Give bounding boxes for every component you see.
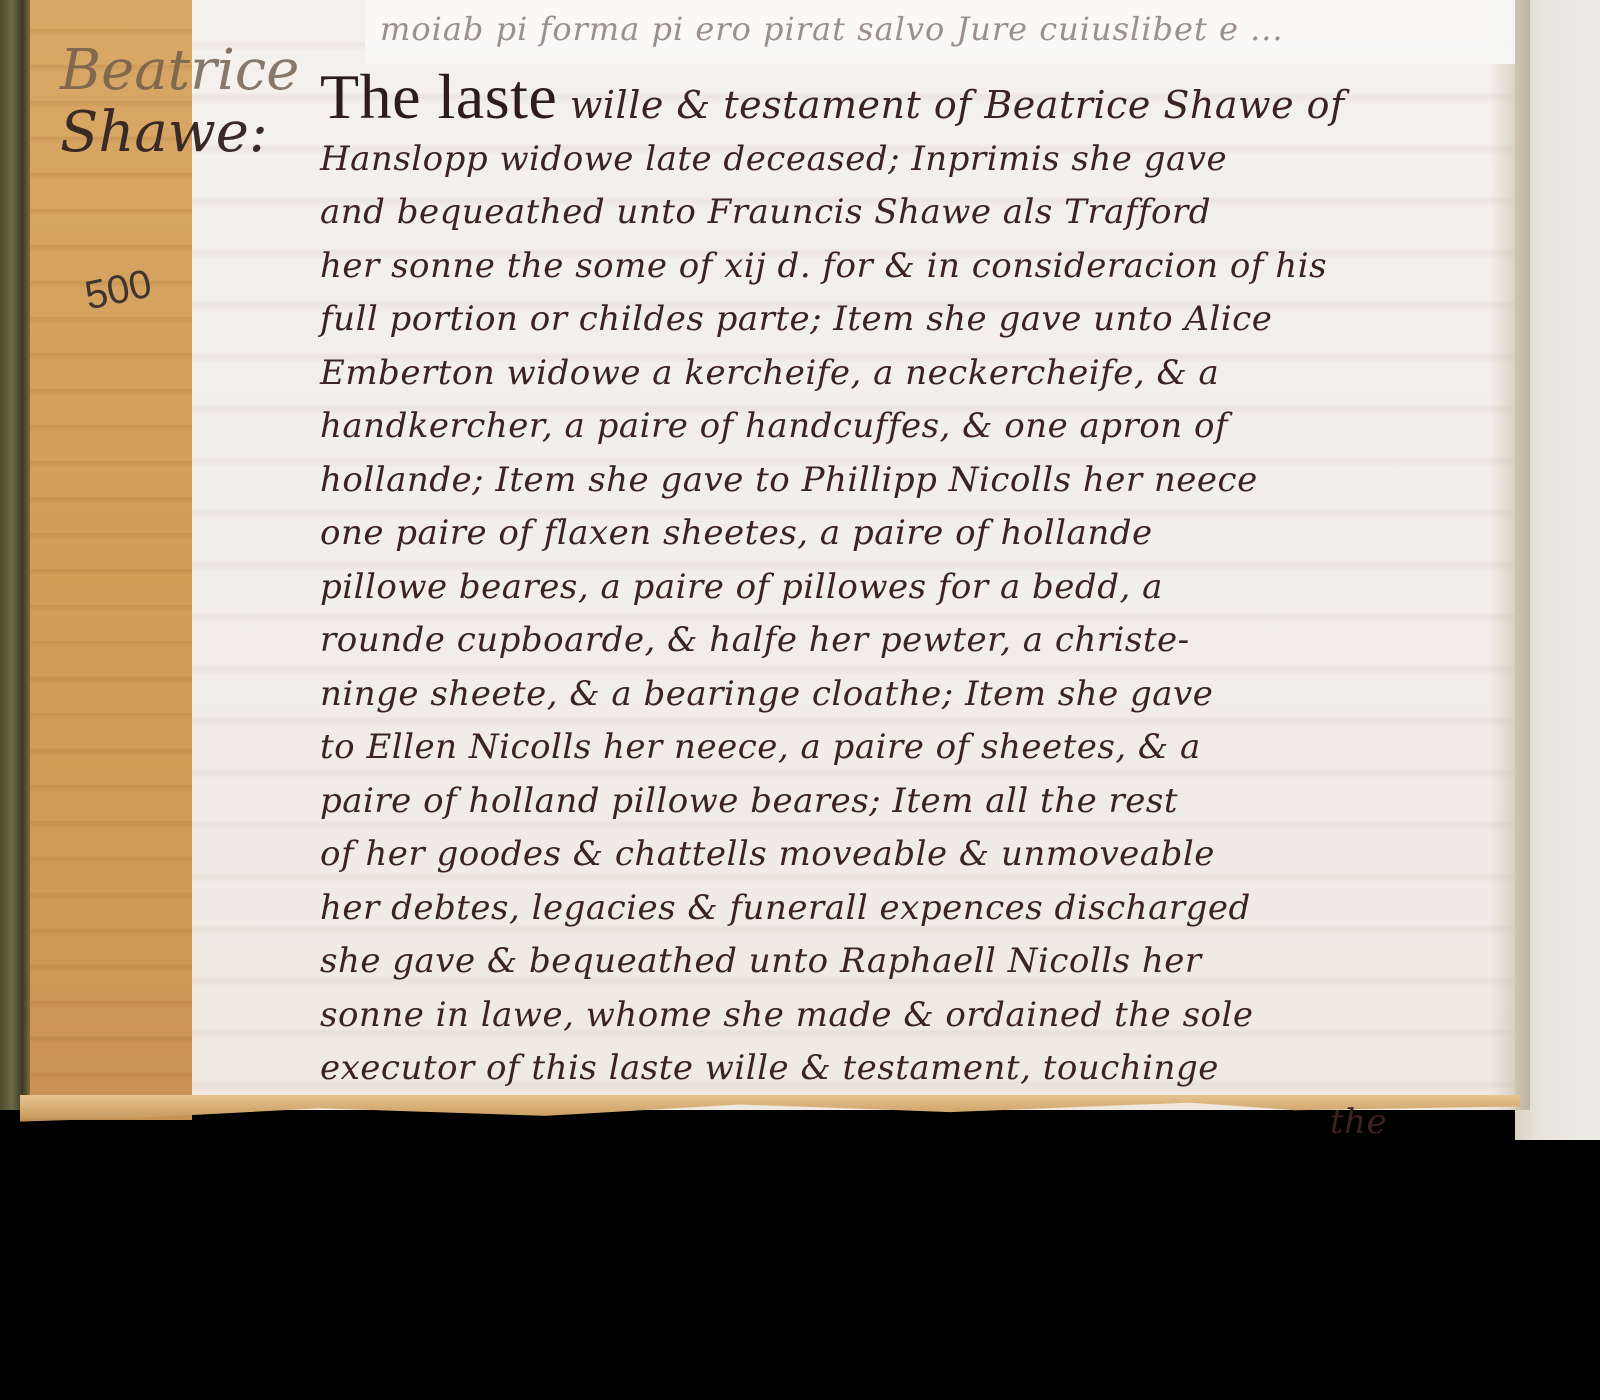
marginal-heading-line1: Beatrice: [60, 40, 299, 102]
text-line: her debtes, legacies & funerall expences…: [320, 882, 1500, 936]
text-line: to Ellen Nicolls her neece, a paire of s…: [320, 721, 1500, 775]
catchword: the: [320, 1096, 1500, 1141]
marginal-heading-line2: Shawe:: [60, 102, 299, 164]
text-line: Emberton widowe a kercheife, a neckerche…: [320, 347, 1500, 401]
will-text: The laste wille & testament of Beatrice …: [320, 70, 1500, 1140]
text-line-content: wille & testament of Beatrice Shawe of: [570, 83, 1345, 127]
top-faded-line: moiab pi forma pi ero pirat salvo Jure c…: [380, 10, 1284, 48]
text-line: executor of this laste wille & testament…: [320, 1042, 1500, 1096]
marginal-heading: Beatrice Shawe:: [60, 40, 299, 164]
text-line: The laste wille & testament of Beatrice …: [320, 70, 1500, 133]
text-line: paire of holland pillowe beares; Item al…: [320, 775, 1500, 829]
text-line: Hanslopp widowe late deceased; Inprimis …: [320, 133, 1500, 187]
text-line: hollande; Item she gave to Phillipp Nico…: [320, 454, 1500, 508]
opening-words: The laste: [320, 61, 557, 132]
margin-strip: [30, 0, 192, 1120]
text-line: one paire of flaxen sheetes, a paire of …: [320, 507, 1500, 561]
text-line: rounde cupboarde, & halfe her pewter, a …: [320, 614, 1500, 668]
text-line: her sonne the some of xij d. for & in co…: [320, 240, 1500, 294]
text-line: sonne in lawe, whome she made & ordained…: [320, 989, 1500, 1043]
text-line: ninge sheete, & a bearinge cloathe; Item…: [320, 668, 1500, 722]
text-line: pillowe beares, a paire of pillowes for …: [320, 561, 1500, 615]
text-line: and bequeathed unto Frauncis Shawe als T…: [320, 186, 1500, 240]
book-binding: [0, 0, 30, 1110]
text-line: full portion or childes parte; Item she …: [320, 293, 1500, 347]
text-line: she gave & bequeathed unto Raphaell Nico…: [320, 935, 1500, 989]
text-line: handkercher, a paire of handcuffes, & on…: [320, 400, 1500, 454]
manuscript-photo: moiab pi forma pi ero pirat salvo Jure c…: [0, 0, 1600, 1140]
text-line: of her goodes & chattells moveable & unm…: [320, 828, 1500, 882]
